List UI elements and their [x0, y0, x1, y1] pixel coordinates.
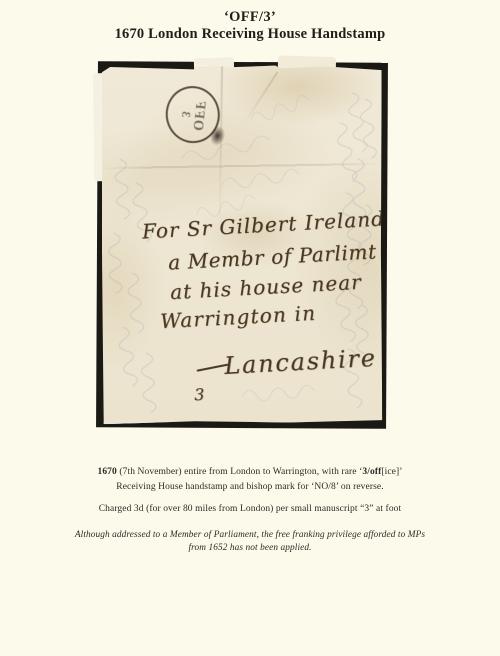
- caption-description: 1670 (7th November) entire from London t…: [0, 465, 500, 495]
- cover-photograph: OFF3 For Sr Gilbert Ireland a Membr of P…: [96, 61, 388, 429]
- manuscript-charge-mark: 3: [194, 385, 205, 405]
- caption-text: (7th November) entire from London to War…: [117, 467, 363, 477]
- page-title: ‘OFF/3’: [0, 0, 500, 25]
- handstamp-numeral: 3: [180, 110, 193, 118]
- caption-charge: Charged 3d (for over 80 miles from Londo…: [0, 502, 500, 517]
- caption-footnote: Although addressed to a Member of Parlia…: [74, 529, 426, 555]
- caption-text-end: [ice]’: [381, 467, 402, 477]
- caption-description-line2: Receiving House handstamp and bishop mar…: [116, 482, 383, 492]
- page-subtitle: 1670 London Receiving House Handstamp: [0, 26, 500, 42]
- handstamp-letters: OFF3: [164, 87, 222, 142]
- letter-front: OFF3 For Sr Gilbert Ireland a Membr of P…: [102, 65, 383, 424]
- caption-block: 1670 (7th November) entire from London t…: [0, 465, 500, 555]
- page-header: ‘OFF/3’ 1670 London Receiving House Hand…: [0, 0, 500, 42]
- handstamp-off: OFF: [191, 99, 206, 131]
- exhibit-page: ‘OFF/3’ 1670 London Receiving House Hand…: [0, 0, 500, 656]
- caption-year: 1670: [97, 467, 116, 477]
- off3-handstamp-icon: OFF3: [162, 83, 223, 147]
- caption-mark: 3/off: [362, 467, 381, 477]
